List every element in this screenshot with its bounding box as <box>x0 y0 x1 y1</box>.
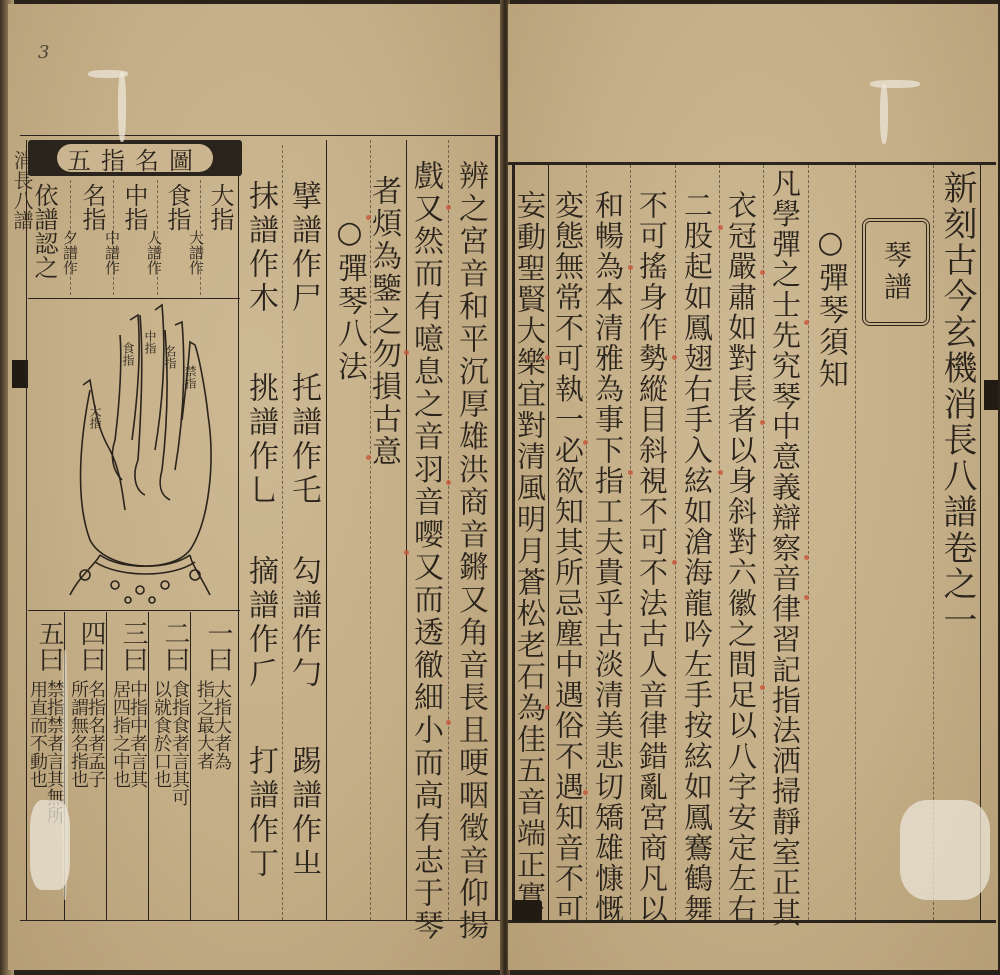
method-item: 勾譜作勹 <box>288 555 318 691</box>
finger-name-index: 食指 <box>165 183 189 231</box>
frame-top-left <box>20 135 500 136</box>
text-column-5: 和暢為本清雅為事下指工夫貴乎古淡清美悲切矯雄慷慨 <box>593 190 622 924</box>
paper-stain <box>118 72 126 142</box>
definition-line: 以就食於口也 <box>152 680 170 788</box>
definition-heading: 五曰 <box>36 620 62 672</box>
ink-blot <box>512 900 542 922</box>
column-rule <box>200 180 201 295</box>
text-column-3: 者煩為鑒之勿損古意 <box>368 175 398 468</box>
follow-notation-label: 依譜認之 <box>32 183 56 279</box>
red-punctuation-mark <box>804 320 809 325</box>
definition-line: 所謂無名指也 <box>69 680 87 788</box>
definition-line: 用直而不動也 <box>28 680 46 788</box>
red-punctuation-mark <box>672 560 677 565</box>
text-column-7: 妄動聖賢大樂宜對清風明月蒼松老石為佳五音端正實 <box>515 190 544 912</box>
column-rule <box>238 140 239 920</box>
text-column-3: 二股起如鳳翅右手入絃如滄海龍吟左手按絃如鳳鶱鶴舞 <box>682 190 711 924</box>
fishtail-mark <box>984 380 998 410</box>
definition-heading: 三曰 <box>120 620 146 672</box>
paper-damage <box>900 800 990 900</box>
definition-line: 食指食者言其可 <box>170 680 188 806</box>
frame-right-left <box>495 135 498 921</box>
hand-label-index: 食指 <box>121 342 135 366</box>
red-punctuation-mark <box>672 355 677 360</box>
column-rule <box>106 612 107 920</box>
frame-top-right <box>508 162 996 165</box>
diagram-title: 五指名圖 <box>57 144 213 172</box>
method-item: 挑譜作乚 <box>245 372 275 508</box>
red-punctuation-mark <box>366 455 371 460</box>
definitions-top-rule <box>28 610 240 611</box>
text-column-1: 辨之宮音和平沉厚雄洪商音鏘又角音長且哽咽徵音仰揚 <box>455 160 485 942</box>
text-column-4: 不可搖身作勢縱目斜視不可不法古人音律錯亂宮商凡以 <box>637 190 666 924</box>
red-punctuation-mark <box>446 480 451 485</box>
hand-label-little: 禁指 <box>183 364 197 389</box>
method-item: 擘譜作尸 <box>288 180 318 316</box>
text-column-1: 凡學彈之士先究琴中意義辯察音律習記指法洒掃靜室正其 <box>770 168 799 928</box>
red-punctuation-mark <box>760 420 765 425</box>
red-punctuation-mark <box>583 440 588 445</box>
finger-name-ring: 名指 <box>80 183 104 231</box>
red-punctuation-mark <box>628 470 633 475</box>
section-heading: ○彈琴須知 <box>815 225 845 390</box>
red-punctuation-mark <box>804 595 809 600</box>
finger-note-index: 人譜作 <box>146 230 161 275</box>
red-punctuation-mark <box>583 790 588 795</box>
column-rule <box>448 140 449 920</box>
column-rule <box>719 165 720 920</box>
column-rule <box>370 140 371 920</box>
book-spread: 3 消長八譜 辨之宮音和平沉厚雄洪商音鏘又角音長且哽咽徵音仰揚 戲又然而有噫息之… <box>0 0 1000 975</box>
frame-left-left <box>26 140 27 920</box>
column-rule <box>763 165 764 920</box>
method-item: 打譜作丁 <box>245 745 275 881</box>
method-item: 摘譜作𠂆 <box>245 555 275 691</box>
page-number: 3 <box>38 42 49 63</box>
definition-line: 指之最大者 <box>195 680 213 770</box>
section-label-box: 琴譜 <box>862 218 930 326</box>
hand-label-middle: 中指 <box>143 329 157 354</box>
diagram-title-banner: 五指名圖 <box>28 140 242 176</box>
column-rule <box>548 165 549 920</box>
hand-diagram-icon: 大指 食指 中指 名指 禁指 <box>40 300 235 610</box>
red-punctuation-mark <box>404 550 409 555</box>
method-item: 抹譜作木 <box>245 180 275 316</box>
definition-heading: 一曰 <box>205 620 231 672</box>
red-punctuation-mark <box>446 205 451 210</box>
definition-line: 居四指之中也 <box>111 680 129 788</box>
column-rule <box>282 145 283 920</box>
section-label: 琴譜 <box>876 240 916 304</box>
column-rule <box>675 165 676 920</box>
red-punctuation-mark <box>446 720 451 725</box>
red-punctuation-mark <box>760 685 765 690</box>
red-punctuation-mark <box>545 705 550 710</box>
book-title: 新刻古今玄機消長八譜卷之一 <box>940 170 974 638</box>
red-punctuation-mark <box>718 470 723 475</box>
method-item: 踢譜作㞢 <box>288 745 318 881</box>
red-punctuation-mark <box>760 270 765 275</box>
finger-name-thumb: 大指 <box>208 183 232 231</box>
column-rule <box>586 165 587 920</box>
definition-heading: 二曰 <box>162 620 188 672</box>
hand-label-ring: 名指 <box>163 345 177 369</box>
diagram-title-text: 五指名圖 <box>67 141 203 176</box>
column-rule <box>113 180 114 295</box>
method-item: 托譜作乇 <box>288 372 318 508</box>
hand-label-thumb: 大指 <box>88 404 102 429</box>
eight-methods-heading: ○彈琴八法 <box>334 215 364 383</box>
paper-crack <box>62 650 68 900</box>
finger-note-middle: 中譜作 <box>104 230 119 275</box>
definition-heading: 四曰 <box>78 620 104 672</box>
column-rule <box>326 140 327 920</box>
red-punctuation-mark <box>718 225 723 230</box>
paper-stain <box>870 80 920 88</box>
text-column-6: 変態無常不可執一必欲知其所忌塵中遇俗不遇知音不可 <box>553 190 582 924</box>
red-punctuation-mark <box>545 355 550 360</box>
red-punctuation-mark <box>404 350 409 355</box>
column-rule <box>406 140 407 920</box>
column-rule <box>70 180 71 295</box>
column-rule <box>157 180 158 295</box>
column-rule <box>148 612 149 920</box>
column-rule <box>808 165 809 920</box>
diagram-header-rule <box>28 298 240 299</box>
column-rule <box>855 165 856 920</box>
red-punctuation-mark <box>804 555 809 560</box>
paper-stain <box>880 84 888 144</box>
finger-name-middle: 中指 <box>122 183 146 231</box>
text-column-2: 戲又然而有噫息之音羽音嘤又而透徹細小而高有志于琴 <box>410 160 440 942</box>
text-column-2: 衣冠嚴肅如對長者以身斜對六徽之間足以八字安定左右 <box>726 190 755 924</box>
red-punctuation-mark <box>628 265 633 270</box>
column-rule <box>190 612 191 920</box>
column-rule <box>630 165 631 920</box>
red-punctuation-mark <box>366 215 371 220</box>
